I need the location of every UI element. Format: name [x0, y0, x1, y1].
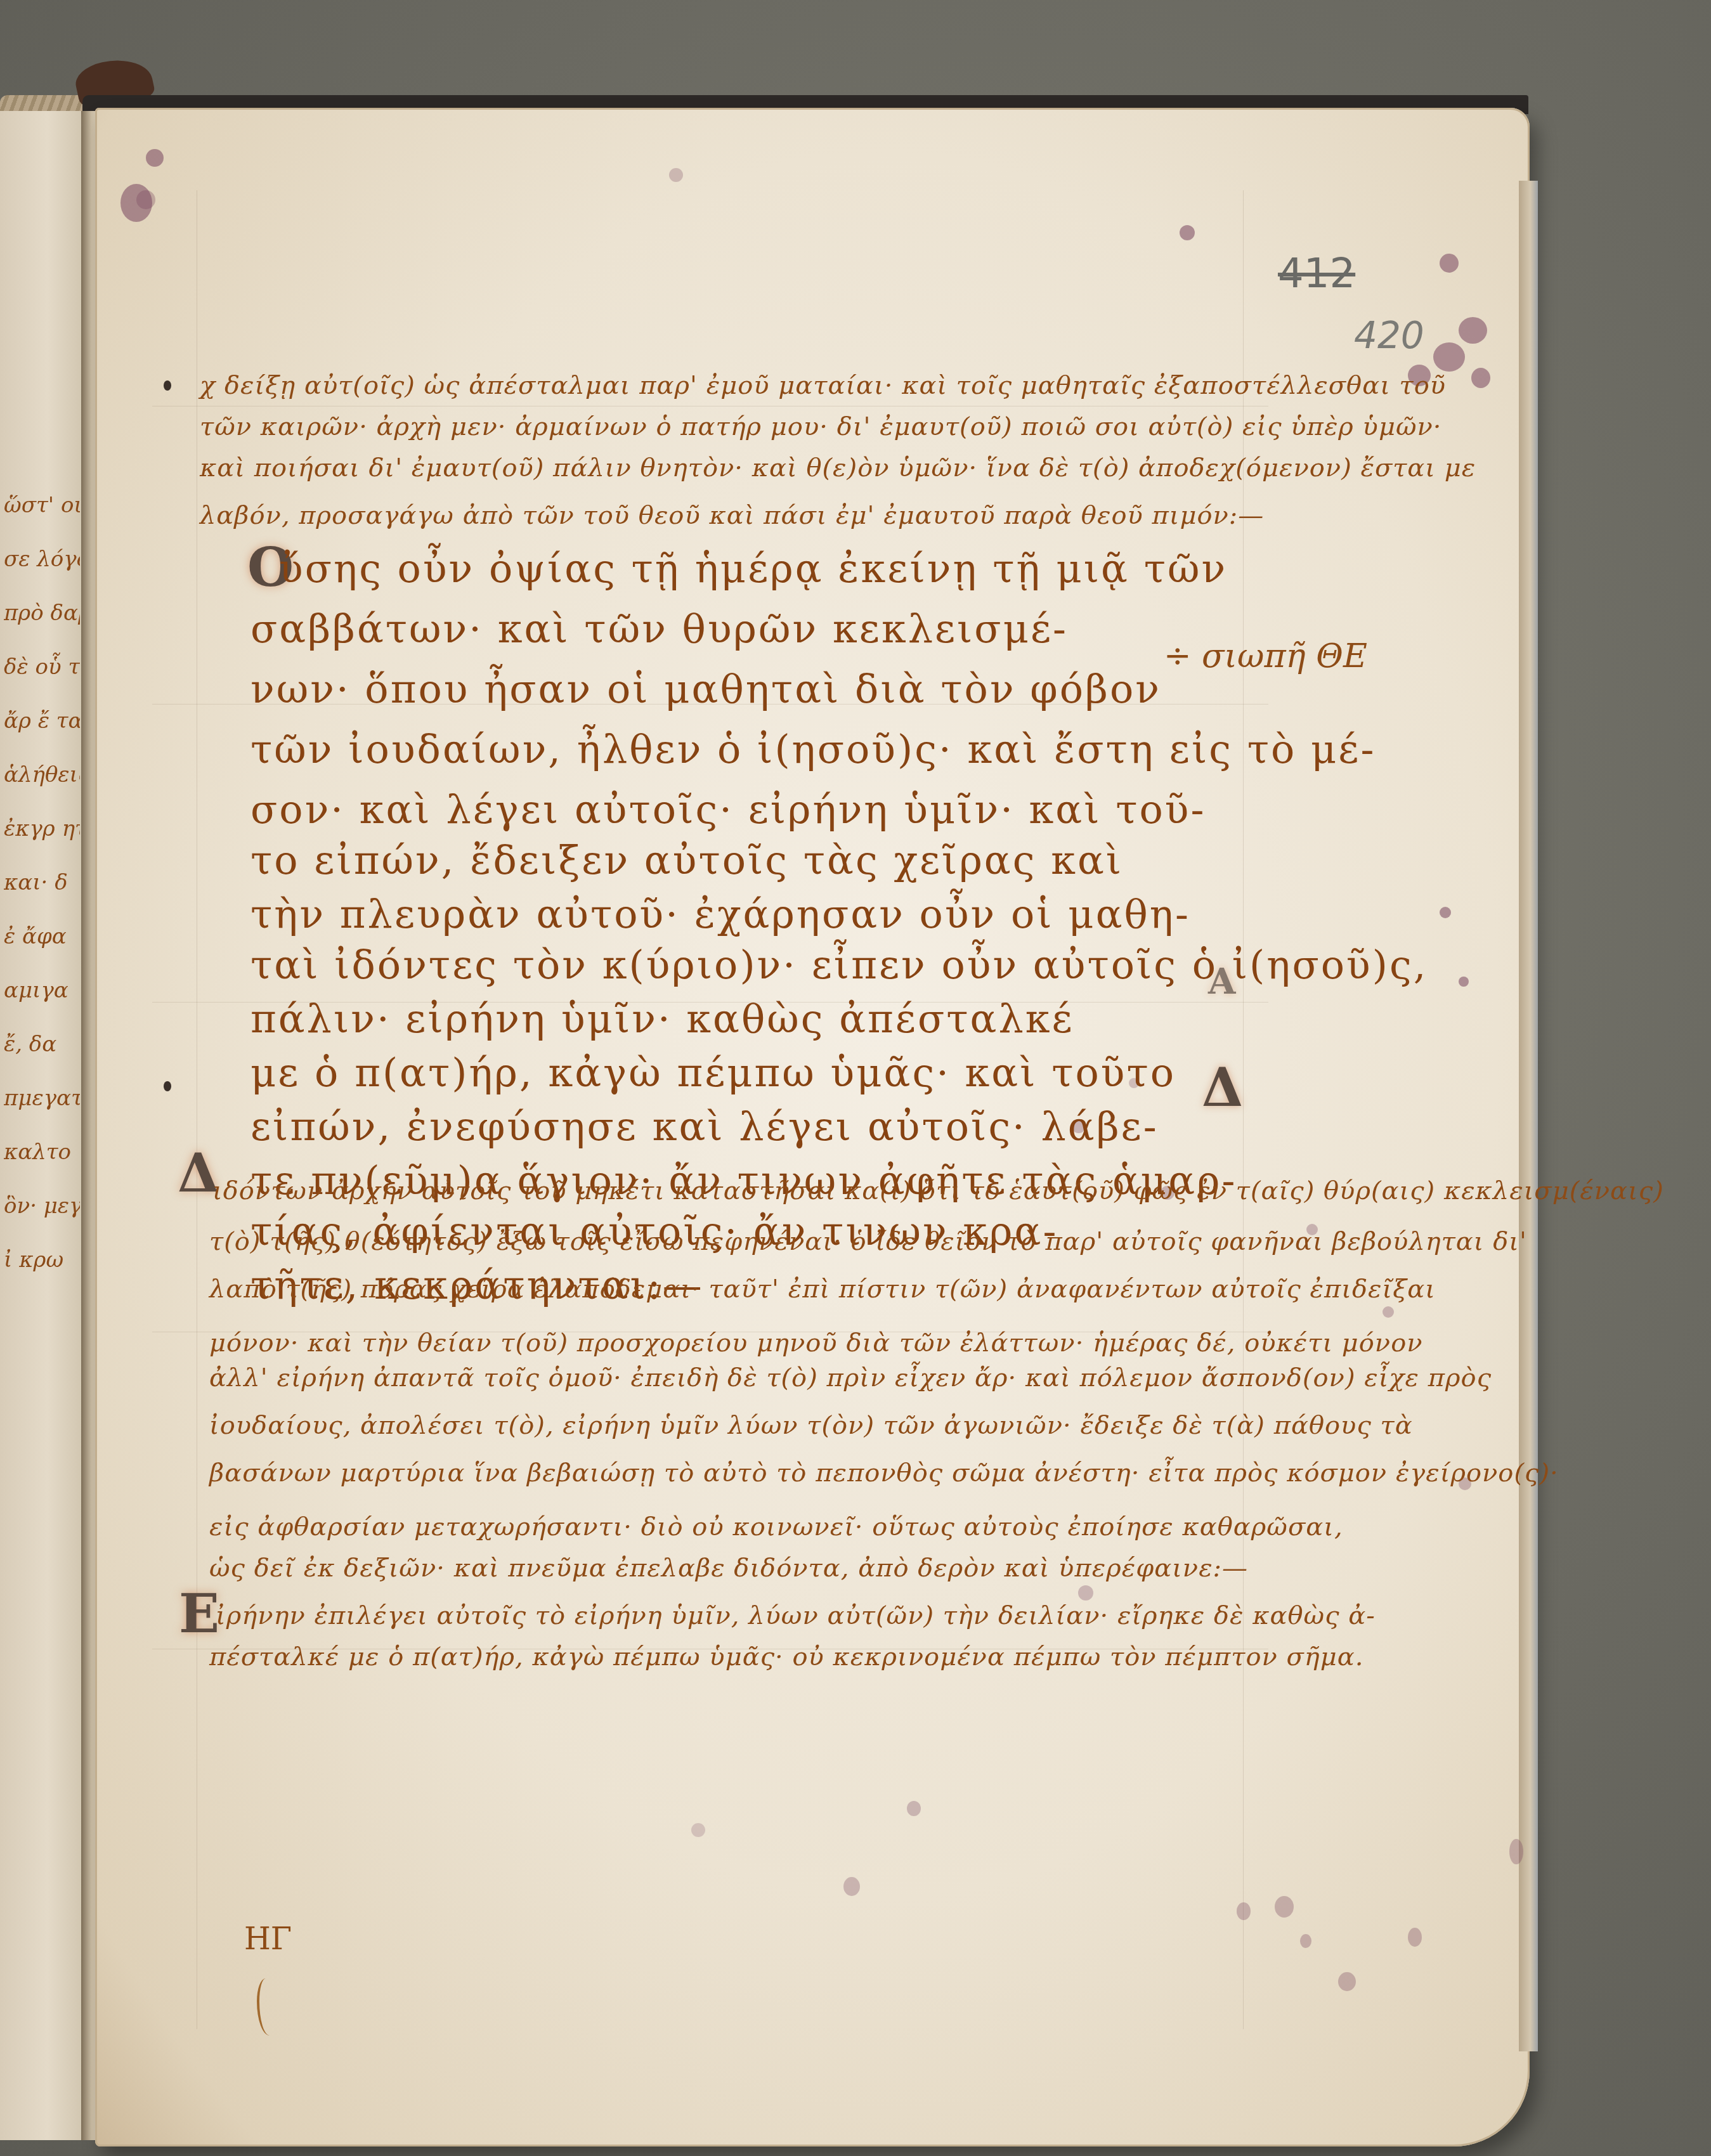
commentary-line: μόνον· καὶ τὴν θείαν τ(οῦ) προσχορείου μ… — [209, 1328, 1423, 1358]
fragment: ἐ ἄφα — [4, 910, 80, 964]
margin-mark-delta: Δ — [1202, 1056, 1243, 1119]
fragment: ἁλήθεις — [4, 748, 80, 802]
fragment: καλτο — [4, 1126, 80, 1179]
fragment: ἄρ ἔ ταῖ — [4, 694, 80, 748]
stain — [1459, 317, 1487, 344]
verso-text-fragments: ὥστ' οὐ ἐπ σε λόγος πρὸ δαρᾶ δὲ οὗ τ πει… — [4, 479, 80, 1287]
stain — [136, 190, 155, 209]
commentary-line: ἰρήνην ἐπιλέγει αὐτοῖς τὸ εἰρήνη ὑμῖν, λ… — [216, 1601, 1376, 1630]
commentary-line: λαβόν, προσαγάγω ἀπὸ τῶν τοῦ θεοῦ καὶ πά… — [200, 501, 1264, 530]
fragment: αμιγα — [4, 964, 80, 1018]
stain — [1180, 225, 1195, 240]
gospel-line: το εἰπών, ἔδειξεν αὐτοῖς τὰς χεῖρας καὶ — [250, 837, 1123, 883]
fragment: πμεγατ — [4, 1072, 80, 1126]
stain — [669, 168, 683, 182]
gospel-line: νων· ὅπου ἦσαν οἱ μαθηταὶ διὰ τὸν φόβον — [250, 666, 1161, 712]
stain — [691, 1823, 705, 1837]
quire-signature: ΗΓ — [244, 1921, 292, 1957]
fragment: σε λόγος — [4, 533, 80, 587]
folio-number-new: 420 — [1354, 314, 1424, 357]
gospel-line: τὴν πλευρὰν αὐτοῦ· ἐχάρησαν οὖν οἱ μαθη- — [250, 891, 1190, 937]
commentary-line: ἀλλ' εἰρήνη ἀπαντᾶ τοῖς ὁμοῦ· ἐπειδὴ δὲ … — [209, 1363, 1492, 1393]
stain — [1237, 1902, 1251, 1920]
fragment: και· δ — [4, 856, 80, 910]
commentary-line: λαπὸ τ(ῆς) πόρας χεῖρα ἐλαπόδεμαι· ταῦτ'… — [209, 1275, 1436, 1304]
stain — [146, 149, 164, 167]
stain — [1433, 342, 1465, 372]
folio-number-old: 412 — [1278, 250, 1355, 297]
fragment: ἐκγρ ητ — [4, 802, 80, 856]
stain — [843, 1877, 860, 1896]
gospel-line: τῶν ἰουδαίων, ἦλθεν ὁ ἰ(ησοῦ)ς· καὶ ἔστη… — [250, 726, 1376, 772]
gospel-line: ταὶ ἰδόντες τὸν κ(ύριο)ν· εἶπεν οὖν αὐτο… — [250, 942, 1428, 988]
fragment: ἔ, δα — [4, 1018, 80, 1072]
stain — [1300, 1934, 1311, 1948]
stain — [1440, 254, 1459, 273]
margin-mark-alpha: Α — [1208, 961, 1235, 1003]
commentary-line: ὡς δεῖ ἐκ δεξιῶν· καὶ πνεῦμα ἐπελαβε διδ… — [209, 1554, 1248, 1583]
gospel-line: σαββάτων· καὶ τῶν θυρῶν κεκλεισμέ- — [250, 606, 1068, 652]
commentary-line: καὶ ποιήσαι δι' ἐμαυτ(οῦ) πάλιν θνητὸν· … — [200, 453, 1476, 483]
gospel-line: με ὁ π(ατ)ήρ, κἀγὼ πέμπω ὑμᾶς· καὶ τοῦτο — [250, 1049, 1176, 1096]
ruling-vertical — [197, 190, 197, 2029]
fore-edge — [1519, 181, 1538, 2051]
paragraph-dot — [164, 380, 171, 391]
commentary-line: βασάνων μαρτύρια ἵνα βεβαιώσῃ τὸ αὐτὸ τὸ… — [209, 1458, 1559, 1488]
gospel-line: σον· καὶ λέγει αὐτοῖς· εἰρήνη ὑμῖν· καὶ … — [250, 786, 1206, 833]
fragment: πρὸ δαρᾶ — [4, 587, 80, 640]
fragment: ὃν· μεγα — [4, 1179, 80, 1233]
commentary-line: χ δείξῃ αὐτ(οῖς) ὡς ἀπέσταλμαι παρ' ἐμοῦ… — [200, 371, 1446, 400]
gospel-line: ὔσης οὖν ὀψίας τῇ ἡμέρᾳ ἐκείνῃ τῇ μιᾷ τῶ… — [279, 545, 1227, 592]
commentary-line: εἰς ἀφθαρσίαν μεταχωρήσαντι· διὸ οὐ κοιν… — [209, 1512, 1343, 1542]
fragment: ἰ κρω — [4, 1233, 80, 1287]
gospel-line: πάλιν· εἰρήνη ὑμῖν· καθὼς ἀπέσταλκέ — [250, 996, 1074, 1042]
fragment: ὥστ' οὐ ἐπ — [4, 479, 80, 533]
commentary-line: πέσταλκέ με ὁ π(ατ)ήρ, κἀγὼ πέμπω ὑμᾶς· … — [209, 1642, 1364, 1672]
commentary-line: ἰουδαίους, ἀπολέσει τ(ὸ), εἰρήνη ὑμῖν λύ… — [209, 1411, 1413, 1440]
paragraph-dot — [164, 1081, 171, 1091]
ruling-line — [152, 406, 1268, 406]
stain — [1471, 368, 1490, 388]
commentary-line: ιδόντων ἀρχὴν αὐτοῖς τοῦ μηκέτι καταστῆσ… — [212, 1176, 1664, 1205]
commentary-line: τ(ὸ) τ(ῆς) θ(εότητος) ἔξω τοῖς εἴσω πεφη… — [209, 1227, 1527, 1256]
stain — [1382, 1306, 1394, 1318]
stain — [1440, 907, 1451, 918]
stain — [1509, 1839, 1523, 1864]
gospel-line: εἰπών, ἐνεφύσησε καὶ λέγει αὐτοῖς· λάβε- — [250, 1103, 1159, 1150]
stain — [1078, 1585, 1093, 1601]
initial-epsilon: Ε — [179, 1582, 219, 1645]
stain — [1338, 1972, 1356, 1991]
lection-note: ÷ σιωπῆ ΘΕ — [1164, 637, 1367, 675]
stain — [1459, 977, 1469, 987]
commentary-line: τῶν καιρῶν· ἀρχὴ μεν· ἀρμαίνων ὁ πατήρ μ… — [200, 412, 1442, 441]
stain — [1275, 1896, 1294, 1918]
stain — [1408, 1928, 1422, 1947]
stain — [907, 1801, 921, 1816]
fragment: δὲ οὗ τ πειν — [4, 640, 80, 694]
